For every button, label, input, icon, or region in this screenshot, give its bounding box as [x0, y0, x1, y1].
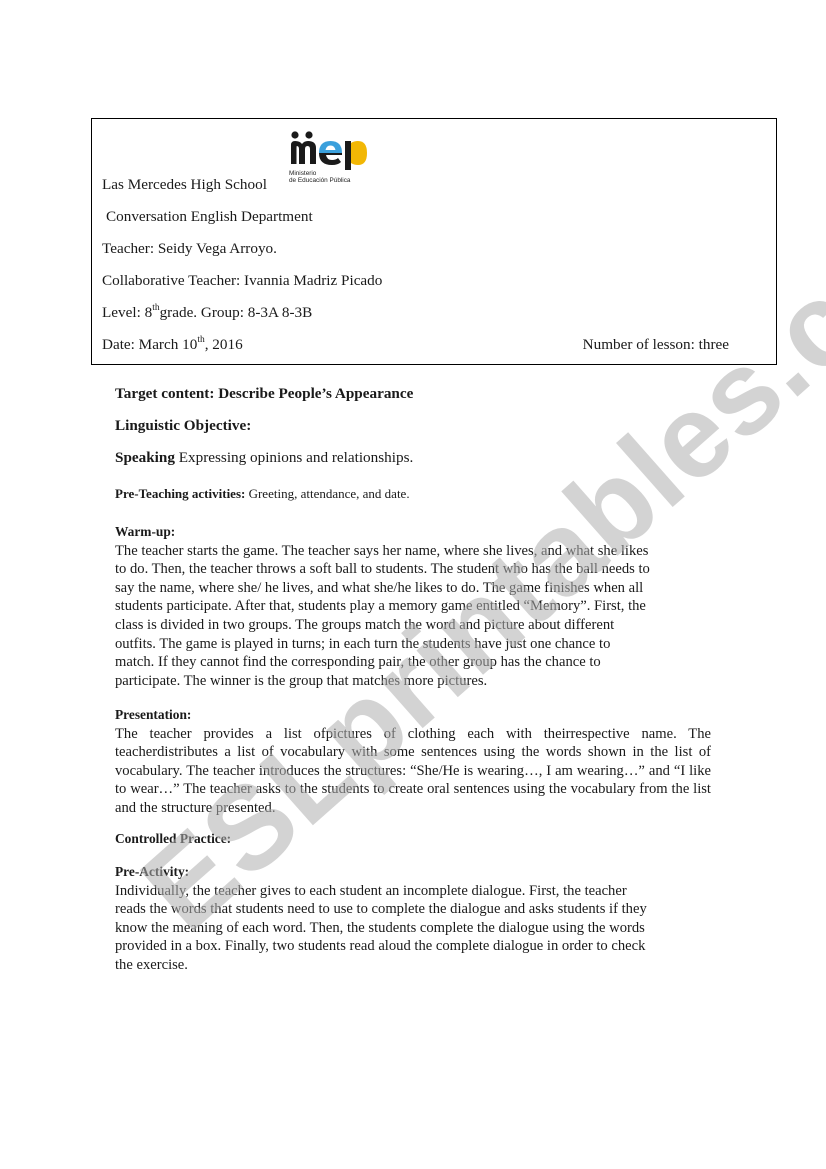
warm-up-line: students participate. After that, studen…	[115, 597, 711, 616]
warm-up-line: match. If they cannot find the correspon…	[115, 653, 711, 672]
speaking-label: Speaking	[115, 449, 175, 466]
section-pre-activity: Pre-Activity: Individually, the teacher …	[115, 863, 711, 975]
warm-up-line: outfits. The game is played in turns; in…	[115, 635, 711, 654]
presentation-heading: Presentation:	[115, 706, 711, 725]
date-prefix: Date: March 10	[102, 336, 197, 353]
pre-activity-line: Individually, the teacher gives to each …	[115, 882, 711, 901]
presentation-text: The teacher provides a list ofpictures o…	[115, 725, 711, 818]
lesson-plan-page: Ministerio de Educación Pública Las Merc…	[0, 0, 826, 1169]
pre-activity-line: reads the words that students need to us…	[115, 900, 711, 919]
speaking-value: Expressing opinions and relationships.	[175, 449, 413, 466]
warm-up-line: class is divided in two groups. The grou…	[115, 616, 711, 635]
date-rest: , 2016	[205, 336, 243, 353]
logo-subtitle-line1: Ministerio	[289, 170, 350, 177]
level-superscript: th	[152, 303, 159, 313]
school-name: Las Mercedes High School	[102, 176, 267, 194]
target-content-label: Target content:	[115, 385, 214, 402]
level-prefix: Level: 8	[102, 304, 152, 321]
department-name: Conversation English Department	[106, 208, 313, 226]
target-content-value: Describe People’s Appearance	[218, 385, 413, 402]
lesson-number: Number of lesson: three	[583, 336, 729, 354]
teacher-name: Teacher: Seidy Vega Arroyo.	[102, 240, 277, 258]
pre-teaching-activities: Pre-Teaching activities: Greeting, atten…	[115, 486, 410, 502]
pre-activity-line: the exercise.	[115, 956, 711, 975]
warm-up-line: participate. The winner is the group tha…	[115, 672, 711, 691]
speaking-objective: Speaking Expressing opinions and relatio…	[115, 449, 413, 467]
date-superscript: th	[197, 335, 204, 345]
header-box: Ministerio de Educación Pública Las Merc…	[91, 118, 777, 365]
pre-activity-heading: Pre-Activity:	[115, 863, 711, 882]
warm-up-line: to do. Then, the teacher throws a soft b…	[115, 560, 711, 579]
target-content: Target content: Describe People’s Appear…	[115, 385, 413, 403]
section-warm-up: Warm-up: The teacher starts the game. Th…	[115, 523, 711, 690]
lesson-date: Date: March 10th, 2016	[102, 336, 243, 356]
pre-teaching-value: Greeting, attendance, and date.	[245, 486, 409, 501]
level-rest: grade. Group: 8-3A 8-3B	[160, 304, 313, 321]
pre-teaching-label: Pre-Teaching activities:	[115, 486, 245, 501]
mep-logo-subtitle: Ministerio de Educación Pública	[289, 170, 350, 184]
mep-logo: Ministerio de Educación Pública	[288, 130, 370, 188]
warm-up-line: The teacher starts the game. The teacher…	[115, 542, 711, 561]
controlled-practice-heading: Controlled Practice:	[115, 830, 711, 849]
section-presentation: Presentation: The teacher provides a lis…	[115, 706, 711, 818]
pre-activity-line: know the meaning of each word. Then, the…	[115, 919, 711, 938]
section-controlled-practice: Controlled Practice:	[115, 830, 711, 849]
linguistic-objective: Linguistic Objective:	[115, 417, 251, 435]
level-group: Level: 8thgrade. Group: 8-3A 8-3B	[102, 304, 312, 324]
linguistic-objective-label: Linguistic Objective:	[115, 417, 251, 434]
collaborative-teacher: Collaborative Teacher: Ivannia Madriz Pi…	[102, 272, 382, 290]
warm-up-heading: Warm-up:	[115, 523, 711, 542]
warm-up-line: say the name, where she/ he lives, and w…	[115, 579, 711, 598]
logo-subtitle-line2: de Educación Pública	[289, 177, 350, 184]
mep-logo-icon	[288, 130, 370, 170]
pre-activity-line: provided in a box. Finally, two students…	[115, 937, 711, 956]
